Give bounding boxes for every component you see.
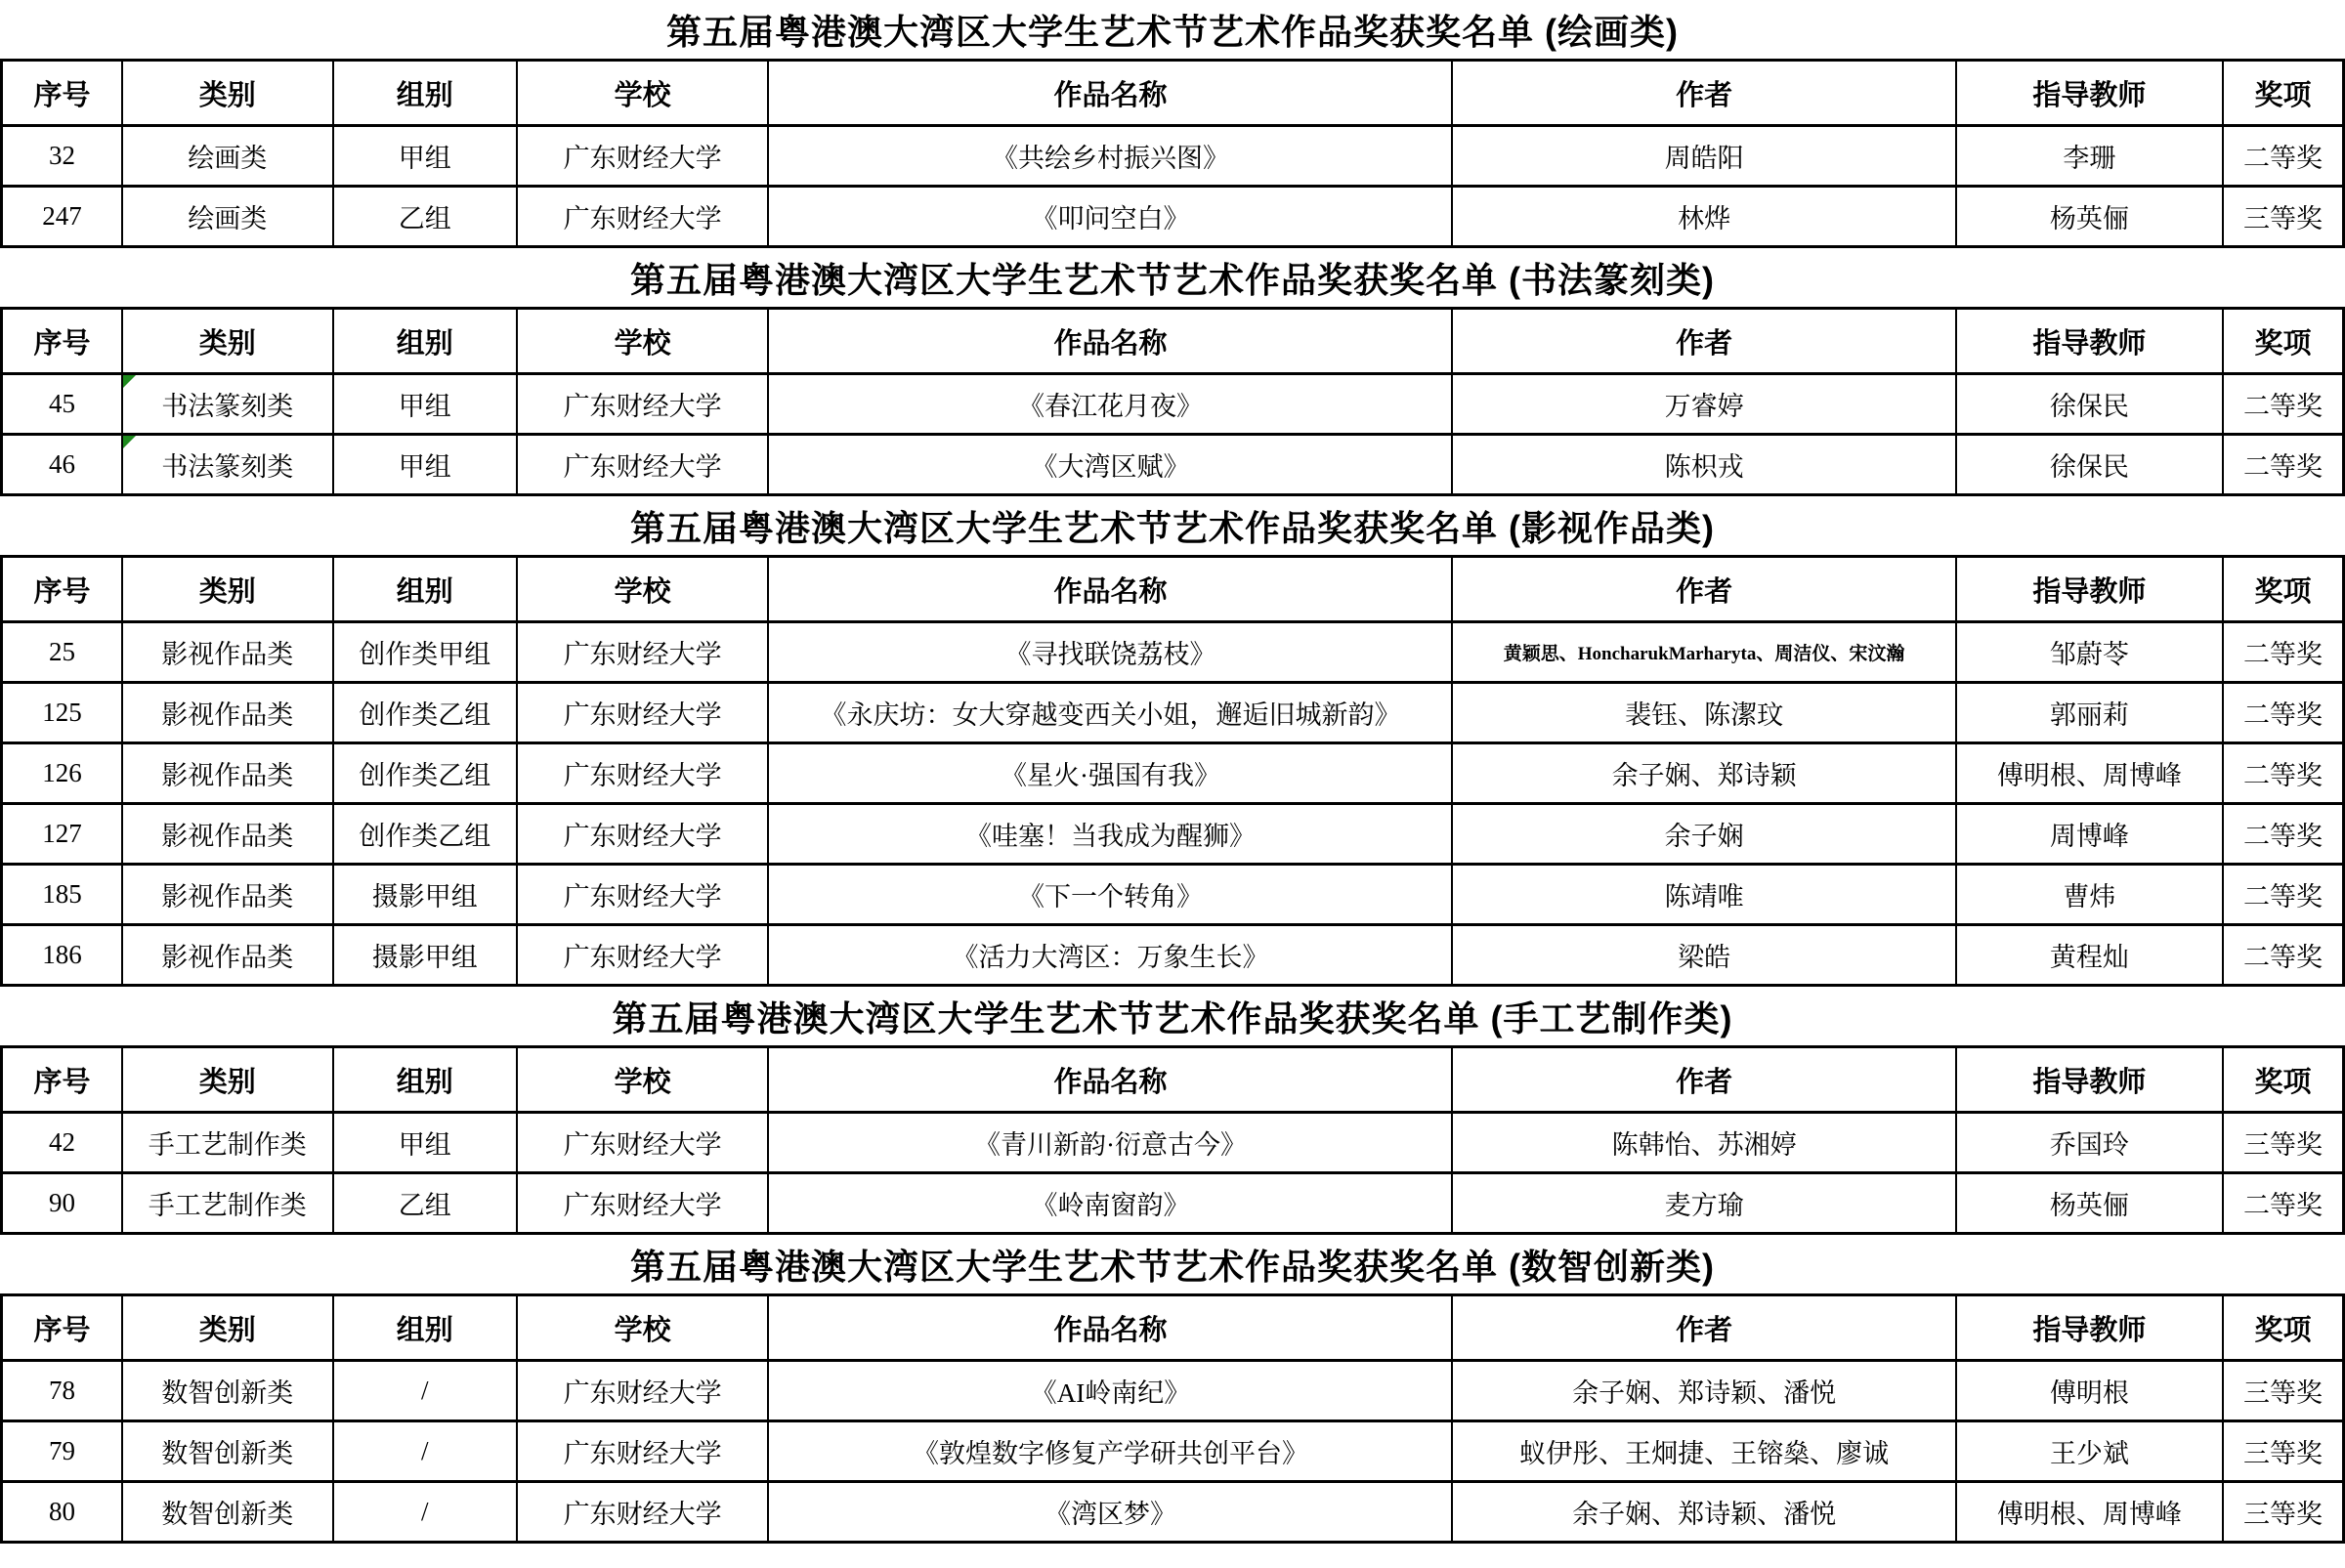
cell-value: 李珊 [2063, 144, 2115, 173]
cell-value: 甲组 [399, 144, 451, 173]
cell-value: 曹炜 [2063, 882, 2115, 911]
cell-value: 摄影甲组 [372, 882, 478, 911]
cell-no: 126 [2, 743, 122, 804]
cell-value: 三等奖 [2243, 204, 2323, 233]
award-table: 序号 类别 组别 学校 作品名称 作者 指导教师 奖项 32 绘画类 甲组 广东… [0, 59, 2345, 248]
cell-authors: 陈枳戎 [1452, 435, 1955, 495]
cell-value: 邹蔚苓 [2050, 640, 2129, 669]
cell-work: 《活力大湾区：万象生长》 [768, 925, 1452, 986]
cell-group: 摄影甲组 [333, 865, 517, 925]
table-row: 186 影视作品类 摄影甲组 广东财经大学 《活力大湾区：万象生长》 梁皓 黄程… [2, 925, 2344, 986]
cell-no: 46 [2, 435, 122, 495]
cell-advisors: 徐保民 [1956, 435, 2223, 495]
cell-authors: 裴钰、陈潔玟 [1452, 683, 1955, 743]
cell-value: 林烨 [1678, 204, 1730, 233]
cell-school: 广东财经大学 [517, 865, 769, 925]
header-cell-no: 序号 [2, 61, 122, 126]
header-cell-category: 类别 [122, 309, 333, 374]
cell-value: 陈靖唯 [1665, 882, 1744, 911]
cell-no: 90 [2, 1173, 122, 1234]
cell-work: 《青川新韵·衍意古今》 [768, 1113, 1452, 1173]
cell-value: 广东财经大学 [564, 1439, 722, 1468]
cell-no: 32 [2, 126, 122, 187]
cell-category: 影视作品类 [122, 743, 333, 804]
cell-value: 余子娴、郑诗颖 [1612, 761, 1797, 790]
cell-school: 广东财经大学 [517, 1173, 769, 1234]
header-cell-work: 作品名称 [768, 61, 1452, 126]
cell-value: 周皓阳 [1665, 144, 1744, 173]
cell-award: 二等奖 [2223, 804, 2343, 865]
table-header: 序号 类别 组别 学校 作品名称 作者 指导教师 奖项 [2, 61, 2344, 126]
cell-category: 数智创新类 [122, 1361, 333, 1421]
cell-value: 梁皓 [1678, 943, 1730, 972]
header-cell-work: 作品名称 [768, 309, 1452, 374]
cell-value: 麦方瑜 [1665, 1191, 1744, 1220]
cell-value: 二等奖 [2243, 144, 2323, 173]
header-cell-school: 学校 [517, 61, 769, 126]
header-cell-award: 奖项 [2223, 557, 2343, 622]
cell-value: 二等奖 [2243, 392, 2323, 421]
cell-no: 25 [2, 622, 122, 683]
cell-value: 裴钰、陈潔玟 [1625, 700, 1783, 730]
cell-category: 手工艺制作类 [122, 1113, 333, 1173]
cell-school: 广东财经大学 [517, 187, 769, 247]
header-row: 序号 类别 组别 学校 作品名称 作者 指导教师 奖项 [2, 1047, 2344, 1113]
cell-value: 绘画类 [188, 204, 267, 233]
cell-group: / [333, 1361, 517, 1421]
table-row: 45 书法篆刻类 甲组 广东财经大学 《春江花月夜》 万睿婷 徐保民 二等奖 [2, 374, 2344, 435]
cell-value: 46 [49, 449, 75, 479]
cell-value: 32 [49, 141, 75, 170]
award-table: 序号 类别 组别 学校 作品名称 作者 指导教师 奖项 45 书法篆刻类 甲组 … [0, 307, 2345, 496]
cell-advisors: 傅明根、周博峰 [1956, 743, 2223, 804]
cell-school: 广东财经大学 [517, 374, 769, 435]
cell-group: 甲组 [333, 374, 517, 435]
cell-advisors: 黄程灿 [1956, 925, 2223, 986]
header-cell-award: 奖项 [2223, 1047, 2343, 1113]
cell-value: 三等奖 [2243, 1439, 2323, 1468]
cell-value: 《下一个转角》 [1018, 882, 1203, 911]
cell-work: 《共绘乡村振兴图》 [768, 126, 1452, 187]
header-cell-work: 作品名称 [768, 1047, 1452, 1113]
header-cell-category: 类别 [122, 557, 333, 622]
header-cell-school: 学校 [517, 309, 769, 374]
header-cell-advisors: 指导教师 [1956, 1295, 2223, 1361]
cell-group: 创作类甲组 [333, 622, 517, 683]
cell-group: 甲组 [333, 1113, 517, 1173]
cell-value: 247 [42, 201, 82, 231]
section-title: 第五届粤港澳大湾区大学生艺术节艺术作品奖获奖名单 (数智创新类) [0, 1235, 2345, 1293]
cell-value: 手工艺制作类 [149, 1130, 307, 1160]
cell-value: 书法篆刻类 [161, 392, 293, 421]
cell-value: 创作类乙组 [359, 822, 490, 851]
cell-no: 45 [2, 374, 122, 435]
cell-category: 数智创新类 [122, 1421, 333, 1482]
cell-work: 《大湾区赋》 [768, 435, 1452, 495]
cell-authors: 周皓阳 [1452, 126, 1955, 187]
header-row: 序号 类别 组别 学校 作品名称 作者 指导教师 奖项 [2, 1295, 2344, 1361]
cell-advisors: 郭丽莉 [1956, 683, 2223, 743]
cell-award: 二等奖 [2223, 435, 2343, 495]
cell-school: 广东财经大学 [517, 435, 769, 495]
table-row: 126 影视作品类 创作类乙组 广东财经大学 《星火·强国有我》 余子娴、郑诗颖… [2, 743, 2344, 804]
cell-value: 二等奖 [2243, 640, 2323, 669]
award-section: 第五届粤港澳大湾区大学生艺术节艺术作品奖获奖名单 (书法篆刻类) 序号 类别 组… [0, 248, 2345, 496]
cell-value: 三等奖 [2243, 1500, 2323, 1529]
cell-value: 广东财经大学 [564, 882, 722, 911]
cell-award: 二等奖 [2223, 126, 2343, 187]
cell-award: 二等奖 [2223, 865, 2343, 925]
award-section: 第五届粤港澳大湾区大学生艺术节艺术作品奖获奖名单 (数智创新类) 序号 类别 组… [0, 1235, 2345, 1544]
cell-value: 影视作品类 [161, 640, 293, 669]
cell-no: 186 [2, 925, 122, 986]
cell-value: / [421, 1497, 429, 1526]
cell-value: 陈枳戎 [1665, 452, 1744, 482]
cell-work: 《湾区梦》 [768, 1482, 1452, 1543]
table-row: 127 影视作品类 创作类乙组 广东财经大学 《哇塞！当我成为醒狮》 余子娴 周… [2, 804, 2344, 865]
cell-authors: 陈靖唯 [1452, 865, 1955, 925]
cell-value: 《活力大湾区：万象生长》 [952, 943, 1268, 972]
cell-value: 影视作品类 [161, 882, 293, 911]
header-cell-award: 奖项 [2223, 309, 2343, 374]
cell-value: 《春江花月夜》 [1018, 392, 1203, 421]
cell-authors: 蚁伊彤、王炯捷、王镕燊、廖诚 [1452, 1421, 1955, 1482]
cell-school: 广东财经大学 [517, 804, 769, 865]
cell-value: 杨英俪 [2050, 1191, 2129, 1220]
cell-value: 《叩问空白》 [1031, 204, 1189, 233]
cell-group: 摄影甲组 [333, 925, 517, 986]
header-cell-school: 学校 [517, 557, 769, 622]
table-row: 42 手工艺制作类 甲组 广东财经大学 《青川新韵·衍意古今》 陈韩怡、苏湘婷 … [2, 1113, 2344, 1173]
cell-value: 二等奖 [2243, 1191, 2323, 1220]
cell-value: 79 [49, 1436, 75, 1465]
cell-value: 余子娴 [1665, 822, 1744, 851]
cell-value: 摄影甲组 [372, 943, 478, 972]
cell-value: 陈韩怡、苏湘婷 [1612, 1130, 1797, 1160]
cell-value: 乙组 [399, 1191, 451, 1220]
cell-value: 三等奖 [2243, 1130, 2323, 1160]
cell-value: 78 [49, 1376, 75, 1405]
cell-value: 甲组 [399, 452, 451, 482]
cell-work: 《春江花月夜》 [768, 374, 1452, 435]
cell-work: 《叩问空白》 [768, 187, 1452, 247]
cell-category: 绘画类 [122, 126, 333, 187]
cell-value: 185 [42, 879, 82, 909]
cell-award: 二等奖 [2223, 1173, 2343, 1234]
cell-value: 《湾区梦》 [1045, 1500, 1176, 1529]
header-cell-category: 类别 [122, 1047, 333, 1113]
cell-value: 广东财经大学 [564, 204, 722, 233]
cell-school: 广东财经大学 [517, 743, 769, 804]
cell-value: 广东财经大学 [564, 822, 722, 851]
cell-value: 影视作品类 [161, 822, 293, 851]
cell-category: 影视作品类 [122, 804, 333, 865]
section-title: 第五届粤港澳大湾区大学生艺术节艺术作品奖获奖名单 (手工艺制作类) [0, 987, 2345, 1045]
cell-group: 甲组 [333, 435, 517, 495]
section-title: 第五届粤港澳大湾区大学生艺术节艺术作品奖获奖名单 (绘画类) [0, 0, 2345, 59]
cell-work: 《AI岭南纪》 [768, 1361, 1452, 1421]
cell-advisors: 杨英俪 [1956, 187, 2223, 247]
cell-group: / [333, 1421, 517, 1482]
cell-work: 《敦煌数字修复产学研共创平台》 [768, 1421, 1452, 1482]
cell-value: 广东财经大学 [564, 392, 722, 421]
award-section: 第五届粤港澳大湾区大学生艺术节艺术作品奖获奖名单 (绘画类) 序号 类别 组别 … [0, 0, 2345, 248]
cell-value: 蚁伊彤、王炯捷、王镕燊、廖诚 [1519, 1439, 1889, 1468]
cell-value: 甲组 [399, 392, 451, 421]
cell-no: 125 [2, 683, 122, 743]
header-cell-authors: 作者 [1452, 61, 1955, 126]
header-cell-group: 组别 [333, 1047, 517, 1113]
cell-value: 数智创新类 [161, 1500, 293, 1529]
cell-authors: 余子娴、郑诗颖、潘悦 [1452, 1361, 1955, 1421]
cell-advisors: 乔国玲 [1956, 1113, 2223, 1173]
cell-value: 乙组 [399, 204, 451, 233]
excel-error-marker-icon [123, 375, 136, 388]
cell-value: 二等奖 [2243, 700, 2323, 730]
cell-value: 《共绘乡村振兴图》 [992, 144, 1229, 173]
cell-group: 创作类乙组 [333, 743, 517, 804]
cell-value: 45 [49, 389, 75, 418]
table-body: 25 影视作品类 创作类甲组 广东财经大学 《寻找联饶荔枝》 黄颖思、Honch… [2, 622, 2344, 986]
cell-value: 广东财经大学 [564, 943, 722, 972]
cell-school: 广东财经大学 [517, 622, 769, 683]
cell-value: 二等奖 [2243, 882, 2323, 911]
header-row: 序号 类别 组别 学校 作品名称 作者 指导教师 奖项 [2, 557, 2344, 622]
cell-work: 《哇塞！当我成为醒狮》 [768, 804, 1452, 865]
table-row: 90 手工艺制作类 乙组 广东财经大学 《岭南窗韵》 麦方瑜 杨英俪 二等奖 [2, 1173, 2344, 1234]
award-table: 序号 类别 组别 学校 作品名称 作者 指导教师 奖项 25 影视作品类 创作类… [0, 555, 2345, 987]
header-cell-advisors: 指导教师 [1956, 557, 2223, 622]
cell-value: 万睿婷 [1665, 392, 1744, 421]
cell-work: 《星火·强国有我》 [768, 743, 1452, 804]
header-cell-group: 组别 [333, 61, 517, 126]
cell-value: 王少斌 [2050, 1439, 2129, 1468]
header-cell-work: 作品名称 [768, 1295, 1452, 1361]
cell-value: 125 [42, 698, 82, 727]
cell-value: 二等奖 [2243, 761, 2323, 790]
header-cell-authors: 作者 [1452, 557, 1955, 622]
cell-advisors: 傅明根 [1956, 1361, 2223, 1421]
header-cell-no: 序号 [2, 309, 122, 374]
cell-authors: 余子娴 [1452, 804, 1955, 865]
table-body: 45 书法篆刻类 甲组 广东财经大学 《春江花月夜》 万睿婷 徐保民 二等奖 4… [2, 374, 2344, 495]
header-cell-school: 学校 [517, 1047, 769, 1113]
cell-value: 周博峰 [2050, 822, 2129, 851]
section-title: 第五届粤港澳大湾区大学生艺术节艺术作品奖获奖名单 (书法篆刻类) [0, 248, 2345, 307]
cell-group: 乙组 [333, 1173, 517, 1234]
header-row: 序号 类别 组别 学校 作品名称 作者 指导教师 奖项 [2, 309, 2344, 374]
cell-value: 《星火·强国有我》 [1001, 761, 1220, 790]
cell-category: 书法篆刻类 [122, 374, 333, 435]
cell-award: 二等奖 [2223, 374, 2343, 435]
cell-group: / [333, 1482, 517, 1543]
cell-value: 《大湾区赋》 [1031, 452, 1189, 482]
table-row: 80 数智创新类 / 广东财经大学 《湾区梦》 余子娴、郑诗颖、潘悦 傅明根、周… [2, 1482, 2344, 1543]
cell-value: 广东财经大学 [564, 1500, 722, 1529]
cell-value: 乔国玲 [2050, 1130, 2129, 1160]
cell-value: / [421, 1376, 429, 1405]
cell-value: 25 [49, 637, 75, 666]
cell-group: 创作类乙组 [333, 804, 517, 865]
cell-authors: 余子娴、郑诗颖、潘悦 [1452, 1482, 1955, 1543]
cell-value: 绘画类 [188, 144, 267, 173]
cell-value: 傅明根、周博峰 [1997, 761, 2182, 790]
cell-value: 二等奖 [2243, 943, 2323, 972]
cell-school: 广东财经大学 [517, 1421, 769, 1482]
cell-value: 徐保民 [2050, 392, 2129, 421]
cell-award: 三等奖 [2223, 1421, 2343, 1482]
cell-value: 二等奖 [2243, 822, 2323, 851]
header-cell-group: 组别 [333, 309, 517, 374]
cell-category: 数智创新类 [122, 1482, 333, 1543]
table-body: 32 绘画类 甲组 广东财经大学 《共绘乡村振兴图》 周皓阳 李珊 二等奖 24… [2, 126, 2344, 247]
cell-authors: 林烨 [1452, 187, 1955, 247]
cell-no: 127 [2, 804, 122, 865]
header-cell-no: 序号 [2, 1295, 122, 1361]
cell-value: 杨英俪 [2050, 204, 2129, 233]
cell-value: 创作类乙组 [359, 700, 490, 730]
cell-group: 甲组 [333, 126, 517, 187]
cell-value: 广东财经大学 [564, 1191, 722, 1220]
cell-value: 创作类甲组 [359, 640, 490, 669]
header-cell-advisors: 指导教师 [1956, 61, 2223, 126]
cell-work: 《岭南窗韵》 [768, 1173, 1452, 1234]
table-row: 125 影视作品类 创作类乙组 广东财经大学 《永庆坊：女大穿越变西关小姐，邂逅… [2, 683, 2344, 743]
cell-value: 广东财经大学 [564, 144, 722, 173]
cell-value: 广东财经大学 [564, 1378, 722, 1408]
cell-value: 《寻找联饶荔枝》 [1004, 640, 1215, 669]
table-body: 42 手工艺制作类 甲组 广东财经大学 《青川新韵·衍意古今》 陈韩怡、苏湘婷 … [2, 1113, 2344, 1234]
cell-award: 二等奖 [2223, 743, 2343, 804]
cell-school: 广东财经大学 [517, 1361, 769, 1421]
cell-category: 影视作品类 [122, 865, 333, 925]
cell-no: 42 [2, 1113, 122, 1173]
award-table: 序号 类别 组别 学校 作品名称 作者 指导教师 奖项 42 手工艺制作类 甲组… [0, 1045, 2345, 1235]
cell-value: 傅明根、周博峰 [1997, 1500, 2182, 1529]
cell-advisors: 周博峰 [1956, 804, 2223, 865]
cell-advisors: 李珊 [1956, 126, 2223, 187]
cell-value: 127 [42, 819, 82, 848]
cell-no: 80 [2, 1482, 122, 1543]
cell-group: 创作类乙组 [333, 683, 517, 743]
table-row: 46 书法篆刻类 甲组 广东财经大学 《大湾区赋》 陈枳戎 徐保民 二等奖 [2, 435, 2344, 495]
cell-authors: 麦方瑜 [1452, 1173, 1955, 1234]
header-cell-group: 组别 [333, 1295, 517, 1361]
cell-advisors: 曹炜 [1956, 865, 2223, 925]
header-cell-school: 学校 [517, 1295, 769, 1361]
cell-no: 78 [2, 1361, 122, 1421]
cell-value: / [421, 1436, 429, 1465]
table-header: 序号 类别 组别 学校 作品名称 作者 指导教师 奖项 [2, 309, 2344, 374]
cell-category: 手工艺制作类 [122, 1173, 333, 1234]
cell-category: 影视作品类 [122, 683, 333, 743]
cell-value: 42 [49, 1127, 75, 1157]
table-row: 247 绘画类 乙组 广东财经大学 《叩问空白》 林烨 杨英俪 三等奖 [2, 187, 2344, 247]
table-row: 78 数智创新类 / 广东财经大学 《AI岭南纪》 余子娴、郑诗颖、潘悦 傅明根… [2, 1361, 2344, 1421]
table-body: 78 数智创新类 / 广东财经大学 《AI岭南纪》 余子娴、郑诗颖、潘悦 傅明根… [2, 1361, 2344, 1543]
cell-value: 数智创新类 [161, 1378, 293, 1408]
cell-value: 《哇塞！当我成为醒狮》 [965, 822, 1256, 851]
cell-value: 广东财经大学 [564, 1130, 722, 1160]
table-row: 25 影视作品类 创作类甲组 广东财经大学 《寻找联饶荔枝》 黄颖思、Honch… [2, 622, 2344, 683]
header-cell-authors: 作者 [1452, 1047, 1955, 1113]
header-cell-work: 作品名称 [768, 557, 1452, 622]
cell-value: 徐保民 [2050, 452, 2129, 482]
cell-school: 广东财经大学 [517, 1113, 769, 1173]
cell-value: 二等奖 [2243, 452, 2323, 482]
header-cell-category: 类别 [122, 1295, 333, 1361]
cell-group: 乙组 [333, 187, 517, 247]
cell-advisors: 杨英俪 [1956, 1173, 2223, 1234]
cell-authors: 黄颖思、HoncharukMarharyta、周洁仪、宋汶瀚 [1452, 622, 1955, 683]
award-section: 第五届粤港澳大湾区大学生艺术节艺术作品奖获奖名单 (影视作品类) 序号 类别 组… [0, 496, 2345, 987]
cell-no: 185 [2, 865, 122, 925]
cell-award: 二等奖 [2223, 925, 2343, 986]
cell-work: 《永庆坊：女大穿越变西关小姐，邂逅旧城新韵》 [768, 683, 1452, 743]
cell-school: 广东财经大学 [517, 683, 769, 743]
cell-authors: 陈韩怡、苏湘婷 [1452, 1113, 1955, 1173]
award-section: 第五届粤港澳大湾区大学生艺术节艺术作品奖获奖名单 (手工艺制作类) 序号 类别 … [0, 987, 2345, 1235]
cell-no: 79 [2, 1421, 122, 1482]
cell-category: 影视作品类 [122, 622, 333, 683]
cell-value: 影视作品类 [161, 943, 293, 972]
cell-value: 《敦煌数字修复产学研共创平台》 [913, 1439, 1308, 1468]
table-header: 序号 类别 组别 学校 作品名称 作者 指导教师 奖项 [2, 1047, 2344, 1113]
cell-value: 黄程灿 [2050, 943, 2129, 972]
cell-value: 《青川新韵·衍意古今》 [974, 1130, 1247, 1160]
cell-value: 三等奖 [2243, 1378, 2323, 1408]
cell-award: 三等奖 [2223, 187, 2343, 247]
cell-value: 黄颖思、HoncharukMarharyta、周洁仪、宋汶瀚 [1504, 644, 1905, 664]
cell-value: 创作类乙组 [359, 761, 490, 790]
cell-value: 80 [49, 1497, 75, 1526]
header-cell-group: 组别 [333, 557, 517, 622]
cell-award: 二等奖 [2223, 683, 2343, 743]
header-cell-award: 奖项 [2223, 1295, 2343, 1361]
table-row: 79 数智创新类 / 广东财经大学 《敦煌数字修复产学研共创平台》 蚁伊彤、王炯… [2, 1421, 2344, 1482]
cell-school: 广东财经大学 [517, 925, 769, 986]
header-cell-award: 奖项 [2223, 61, 2343, 126]
cell-authors: 余子娴、郑诗颖 [1452, 743, 1955, 804]
cell-value: 郭丽莉 [2050, 700, 2129, 730]
cell-value: 余子娴、郑诗颖、潘悦 [1572, 1378, 1836, 1408]
header-cell-authors: 作者 [1452, 309, 1955, 374]
cell-value: 《岭南窗韵》 [1031, 1191, 1189, 1220]
award-table: 序号 类别 组别 学校 作品名称 作者 指导教师 奖项 78 数智创新类 / 广… [0, 1293, 2345, 1544]
cell-value: 影视作品类 [161, 761, 293, 790]
table-header: 序号 类别 组别 学校 作品名称 作者 指导教师 奖项 [2, 557, 2344, 622]
cell-value: 书法篆刻类 [161, 452, 293, 482]
cell-authors: 万睿婷 [1452, 374, 1955, 435]
cell-category: 影视作品类 [122, 925, 333, 986]
cell-award: 三等奖 [2223, 1113, 2343, 1173]
cell-no: 247 [2, 187, 122, 247]
cell-value: 126 [42, 758, 82, 787]
cell-work: 《下一个转角》 [768, 865, 1452, 925]
cell-value: 广东财经大学 [564, 700, 722, 730]
cell-school: 广东财经大学 [517, 1482, 769, 1543]
cell-authors: 梁皓 [1452, 925, 1955, 986]
header-cell-no: 序号 [2, 557, 122, 622]
cell-award: 二等奖 [2223, 622, 2343, 683]
cell-value: 广东财经大学 [564, 452, 722, 482]
cell-value: 186 [42, 940, 82, 969]
cell-category: 绘画类 [122, 187, 333, 247]
excel-error-marker-icon [123, 436, 136, 448]
cell-advisors: 王少斌 [1956, 1421, 2223, 1482]
cell-value: 傅明根 [2050, 1378, 2129, 1408]
cell-value: 广东财经大学 [564, 640, 722, 669]
